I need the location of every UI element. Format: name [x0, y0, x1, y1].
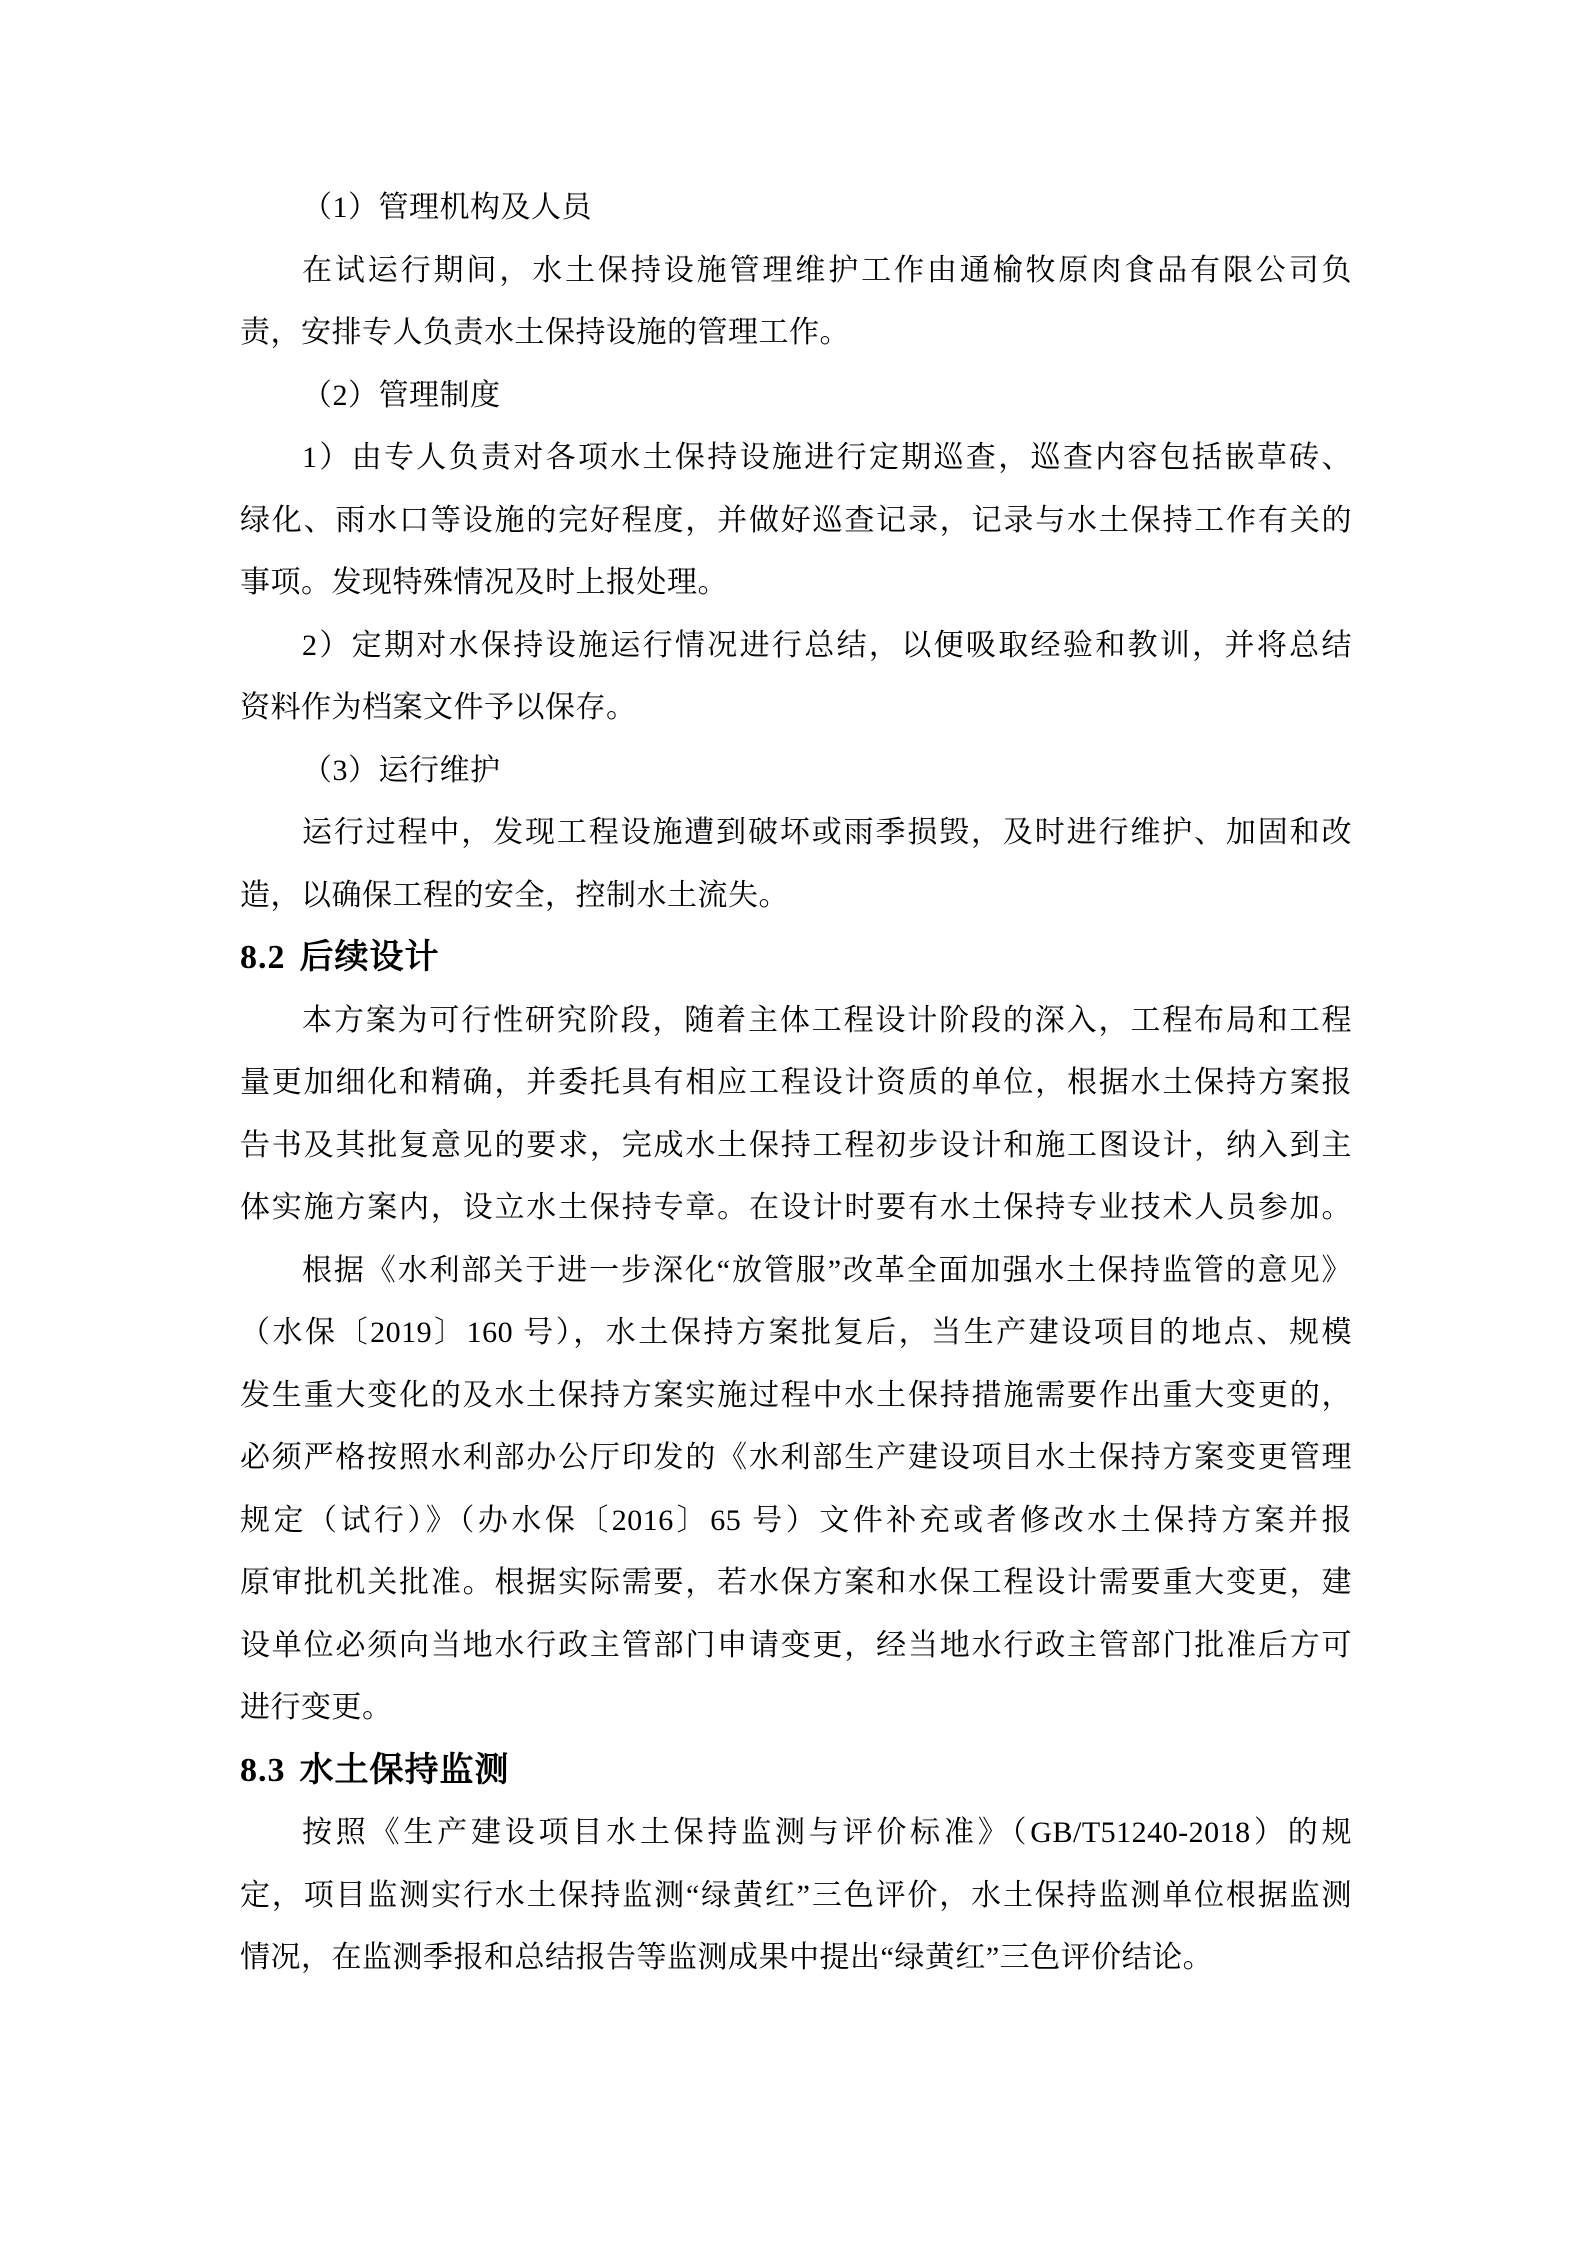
paragraph-line: 规定（试行）》（办水保〔2016〕65 号）文件补充或者修改水土保持方案并报 [240, 1490, 1352, 1553]
paragraph-line: 责，安排专人负责水土保持设施的管理工作。 [240, 302, 1352, 365]
paragraph-line: 2）定期对水保持设施运行情况进行总结，以便吸取经验和教训，并将总结 [240, 615, 1352, 678]
document-text-column: （1）管理机构及人员在试运行期间，水土保持设施管理维护工作由通榆牧原肉食品有限公… [240, 177, 1352, 1990]
paragraph-line: （3）运行维护 [240, 740, 1352, 803]
paragraph-line: 原审批机关批准。根据实际需要，若水保方案和水保工程设计需要重大变更，建 [240, 1552, 1352, 1615]
section-number: 8.3 [240, 1752, 286, 1789]
paragraph-line: 发生重大变化的及水土保持方案实施过程中水土保持措施需要作出重大变更的， [240, 1365, 1352, 1428]
section-number: 8.2 [240, 939, 286, 976]
paragraph-line: 本方案为可行性研究阶段，随着主体工程设计阶段的深入，工程布局和工程 [240, 990, 1352, 1053]
paragraph-line: （水保〔2019〕160 号），水土保持方案批复后，当生产建设项目的地点、规模 [240, 1302, 1352, 1365]
paragraph-line: 绿化、雨水口等设施的完好程度，并做好巡查记录，记录与水土保持工作有关的 [240, 490, 1352, 553]
paragraph-line: 定，项目监测实行水土保持监测“绿黄红”三色评价，水土保持监测单位根据监测 [240, 1865, 1352, 1928]
paragraph-line: 1）由专人负责对各项水土保持设施进行定期巡查，巡查内容包括嵌草砖、 [240, 427, 1352, 490]
paragraph-line: 在试运行期间，水土保持设施管理维护工作由通榆牧原肉食品有限公司负 [240, 240, 1352, 303]
paragraph-line: （1）管理机构及人员 [240, 177, 1352, 240]
paragraph-line: 必须严格按照水利部办公厅印发的《水利部生产建设项目水土保持方案变更管理 [240, 1427, 1352, 1490]
paragraph-line: 资料作为档案文件予以保存。 [240, 677, 1352, 740]
paragraph-line: 造，以确保工程的安全，控制水土流失。 [240, 865, 1352, 928]
section-title: 水土保持监测 [300, 1752, 510, 1789]
paragraph-line: 根据《水利部关于进一步深化“放管服”改革全面加强水土保持监管的意见》 [240, 1240, 1352, 1303]
paragraph-line: 告书及其批复意见的要求，完成水土保持工程初步设计和施工图设计，纳入到主 [240, 1115, 1352, 1178]
paragraph-line: 体实施方案内，设立水土保持专章。在设计时要有水土保持专业技术人员参加。 [240, 1177, 1352, 1240]
paragraph-line: 事项。发现特殊情况及时上报处理。 [240, 552, 1352, 615]
section-heading: 8.2后续设计 [240, 927, 1352, 990]
paragraph-line: 量更加细化和精确，并委托具有相应工程设计资质的单位，根据水土保持方案报 [240, 1052, 1352, 1115]
paragraph-line: （2）管理制度 [240, 365, 1352, 428]
paragraph-line: 按照《生产建设项目水土保持监测与评价标准》（GB/T51240-2018）的规 [240, 1802, 1352, 1865]
paragraph-line: 设单位必须向当地水行政主管部门申请变更，经当地水行政主管部门批准后方可 [240, 1615, 1352, 1678]
paragraph-line: 情况，在监测季报和总结报告等监测成果中提出“绿黄红”三色评价结论。 [240, 1927, 1352, 1990]
paragraph-line: 进行变更。 [240, 1677, 1352, 1740]
section-title: 后续设计 [300, 939, 440, 976]
document-page: （1）管理机构及人员在试运行期间，水土保持设施管理维护工作由通榆牧原肉食品有限公… [0, 0, 1587, 2245]
section-heading: 8.3水土保持监测 [240, 1740, 1352, 1803]
paragraph-line: 运行过程中，发现工程设施遭到破坏或雨季损毁，及时进行维护、加固和改 [240, 802, 1352, 865]
